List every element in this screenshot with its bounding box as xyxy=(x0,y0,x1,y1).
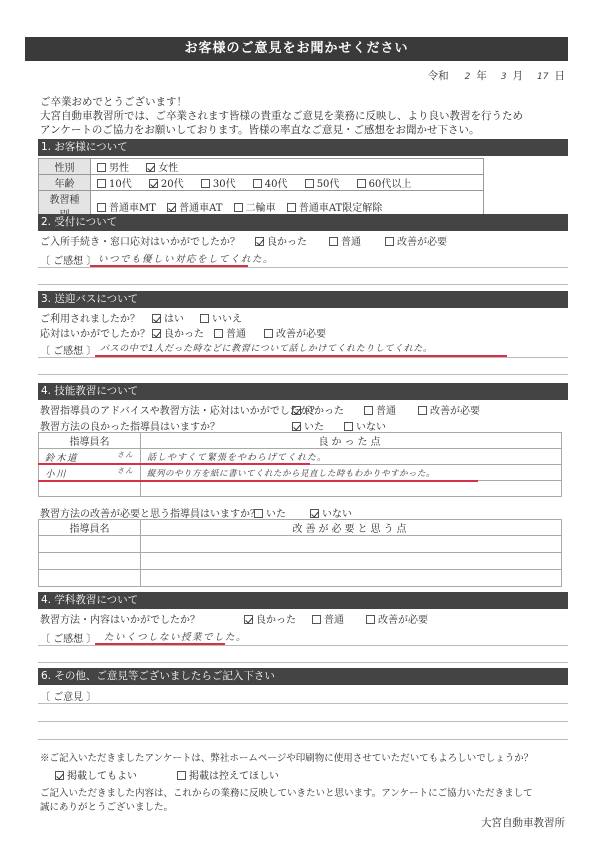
checkbox-icon[interactable] xyxy=(200,314,209,323)
checkbox-icon[interactable] xyxy=(418,406,427,415)
checkbox-icon[interactable] xyxy=(214,329,223,338)
bus-comment[interactable]: バスの中で1人だった時などに教習について話しかけてくれたりしてくれた。 xyxy=(100,341,433,354)
instructor-name-header: 指導員名 xyxy=(39,433,141,449)
section-2-header: 2. 受付について xyxy=(38,214,568,231)
comment-line xyxy=(38,267,568,268)
reception-question: ご入所手続き・窓口応対はいかがでしたか？ xyxy=(40,233,255,248)
section-6-header: 6. その他、ご意見等ございましたらご記入下さい xyxy=(38,668,568,685)
option-yes[interactable]: はい xyxy=(152,310,184,325)
table-row xyxy=(39,536,562,553)
improve-point-cell[interactable] xyxy=(141,570,562,587)
checkbox-icon[interactable] xyxy=(287,203,296,212)
checkbox-icon[interactable] xyxy=(201,179,210,188)
table-row: 小川さん 縦列のやり方を紙に書いてくれたから見直した時もわかりやすかった。 xyxy=(39,465,562,481)
improve-point-cell[interactable] xyxy=(141,536,562,553)
good-point-header: 良かった点 xyxy=(141,433,562,449)
gender-options: 男性 女性 xyxy=(91,159,484,175)
page-title: お客様のご意見をお聞かせください xyxy=(25,37,568,61)
intro-line-3: アンケートのご協力をお願いしております。皆様の率直なご意見・ご感想をお聞かせ下さ… xyxy=(40,123,523,137)
checkbox-icon[interactable] xyxy=(254,509,263,518)
age-label: 年齢 xyxy=(39,175,91,191)
option-needs-improvement[interactable]: 改善が必要 xyxy=(385,233,447,248)
option-good[interactable]: 良かった xyxy=(292,402,344,417)
instructor-name-cell[interactable] xyxy=(39,553,141,570)
option-normal[interactable]: 普通 xyxy=(312,611,344,626)
improve-instructor-question: 教習方法の改善が必要と思う指導員はいますか？ xyxy=(40,505,254,520)
year-value[interactable]: 2 xyxy=(465,72,471,82)
option-female[interactable]: 女性 xyxy=(146,163,178,174)
option-40s[interactable]: 40代 xyxy=(253,179,288,190)
age-options: 10代 20代 30代 40代 50代 60代以上 xyxy=(91,175,484,191)
option-yes[interactable]: いた xyxy=(292,418,324,433)
section-5-header: 4. 学科教習について xyxy=(38,592,568,609)
good-instructor-question: 教習方法の良かった指導員はいますか？ xyxy=(40,418,292,433)
improve-point-header: 改善が必要と思う点 xyxy=(141,520,562,536)
reception-comment[interactable]: いつでも優しい対応をしてくれた。 xyxy=(98,251,274,265)
option-allow-publication[interactable]: 掲載してもよい xyxy=(55,767,137,782)
closing-message: ご記入いただきました内容は、これからの業務に反映していきたいと思います。アンケー… xyxy=(40,787,533,815)
improve-instructor-table: 指導員名 改善が必要と思う点 xyxy=(38,519,562,587)
checkbox-checked-icon[interactable] xyxy=(244,615,253,624)
checkbox-icon[interactable] xyxy=(97,179,106,188)
comment-line[interactable] xyxy=(38,703,568,704)
checkbox-icon[interactable] xyxy=(364,406,373,415)
comment-line xyxy=(38,374,568,375)
checkbox-checked-icon[interactable] xyxy=(152,329,161,338)
table-row xyxy=(39,481,562,497)
comment-line xyxy=(38,645,568,646)
highlight-underline xyxy=(38,463,310,465)
option-motorcycle[interactable]: 二輪車 xyxy=(234,203,276,214)
option-normal[interactable]: 普通 xyxy=(329,233,361,248)
good-instructor-row: 教習方法の良かった指導員はいますか？ いた いない xyxy=(40,418,400,433)
consent-options-row: 掲載してもよい 掲載は控えてほしい xyxy=(55,767,293,782)
table-header-row: 指導員名 良かった点 xyxy=(39,433,562,449)
checkbox-icon[interactable] xyxy=(329,237,338,246)
option-decline-publication[interactable]: 掲載は控えてほしい xyxy=(177,767,279,782)
option-good[interactable]: 良かった xyxy=(152,325,204,340)
instructor-name-cell[interactable] xyxy=(39,536,141,553)
checkbox-icon[interactable] xyxy=(366,615,375,624)
instructor-name-cell[interactable]: 小川さん xyxy=(39,465,141,481)
skill-instruction-row: 教習指導員のアドバイスや教習方法・応対はいかがでしたか？ 良かった 普通 改善が… xyxy=(40,402,494,417)
classroom-question-row: 教習方法・内容はいかがでしたか？ 良かった 普通 改善が必要 xyxy=(40,611,442,626)
instructor-name-header: 指導員名 xyxy=(39,520,141,536)
option-needs-improvement[interactable]: 改善が必要 xyxy=(264,325,326,340)
checkbox-icon[interactable] xyxy=(357,179,366,188)
table-row xyxy=(39,553,562,570)
good-point-cell[interactable] xyxy=(141,481,562,497)
checkbox-icon[interactable] xyxy=(97,203,106,212)
checkbox-icon[interactable] xyxy=(234,203,243,212)
reception-question-row: ご入所手続き・窓口応対はいかがでしたか？ 良かった 普通 改善が必要 xyxy=(40,233,461,248)
checkbox-checked-icon[interactable] xyxy=(146,163,155,172)
option-no[interactable]: いない xyxy=(310,505,352,520)
era-label: 令和 xyxy=(428,68,449,83)
option-10s[interactable]: 10代 xyxy=(97,179,132,190)
instructor-name-cell[interactable] xyxy=(39,481,141,497)
other-comment-label: 〔 ご意見 〕 xyxy=(40,688,96,703)
year-unit: 年 xyxy=(476,68,487,83)
checkbox-icon[interactable] xyxy=(177,771,186,780)
option-no[interactable]: いいえ xyxy=(200,310,242,325)
month-unit: 月 xyxy=(513,68,524,83)
option-mt[interactable]: 普通車MT xyxy=(97,203,156,214)
option-normal[interactable]: 普通 xyxy=(214,325,246,340)
reception-comment-label: 〔 ご感想 〕 xyxy=(40,252,96,267)
table-header-row: 指導員名 改善が必要と思う点 xyxy=(39,520,562,536)
day-value[interactable]: 17 xyxy=(537,72,548,82)
option-at-limit-removal[interactable]: 普通車AT限定解除 xyxy=(287,203,382,214)
checkbox-checked-icon[interactable] xyxy=(55,771,64,780)
age-row: 年齢 10代 20代 30代 40代 50代 60代以上 xyxy=(39,175,484,191)
bus-service-question: 応対はいかがでしたか？ xyxy=(40,325,152,340)
checkbox-checked-icon[interactable] xyxy=(152,314,161,323)
improve-point-cell[interactable] xyxy=(141,553,562,570)
classroom-question: 教習方法・内容はいかがでしたか？ xyxy=(40,611,244,626)
option-good[interactable]: 良かった xyxy=(255,233,307,248)
bus-service-row: 応対はいかがでしたか？ 良かった 普通 改善が必要 xyxy=(40,325,340,340)
option-needs-improvement[interactable]: 改善が必要 xyxy=(366,611,428,626)
option-20s[interactable]: 20代 xyxy=(149,179,184,190)
checkbox-checked-icon[interactable] xyxy=(149,179,158,188)
option-yes[interactable]: いた xyxy=(254,505,286,520)
bus-usage-question: ご利用されましたか？ xyxy=(40,310,152,325)
closing-line-2: 誠にありがとうございました。 xyxy=(40,801,533,815)
section-1-header: 1. お客様について xyxy=(38,139,568,156)
instructor-name-cell[interactable] xyxy=(39,570,141,587)
checkbox-icon[interactable] xyxy=(264,329,273,338)
option-male[interactable]: 男性 xyxy=(97,163,129,174)
checkbox-icon[interactable] xyxy=(253,179,262,188)
comment-line xyxy=(38,284,568,285)
checkbox-icon[interactable] xyxy=(344,422,353,431)
classroom-comment[interactable]: たいくつしない授業でした。 xyxy=(104,629,247,643)
option-60s-plus[interactable]: 60代以上 xyxy=(357,179,412,190)
signature: 大宮自動車教習所 xyxy=(481,815,565,830)
checkbox-icon[interactable] xyxy=(97,163,106,172)
comment-line xyxy=(38,357,568,358)
checkbox-checked-icon[interactable] xyxy=(255,237,264,246)
gender-label: 性別 xyxy=(39,159,91,175)
table-row xyxy=(39,570,562,587)
consent-question: ※ご記入いただきましたアンケートは、弊社ホームページや印刷物に使用させていただい… xyxy=(40,752,533,766)
bus-comment-label: 〔 ご感想 〕 xyxy=(40,342,96,357)
comment-line[interactable] xyxy=(38,721,568,722)
comment-line xyxy=(38,662,568,663)
day-unit: 日 xyxy=(555,68,566,83)
checkbox-icon[interactable] xyxy=(385,237,394,246)
option-needs-improvement[interactable]: 改善が必要 xyxy=(418,402,480,417)
checkbox-icon[interactable] xyxy=(305,179,314,188)
improve-instructor-row: 教習方法の改善が必要と思う指導員はいますか？ いた いない xyxy=(40,505,366,520)
classroom-comment-label: 〔 ご感想 〕 xyxy=(40,630,96,645)
customer-info-table: 性別 男性 女性 年齢 10代 20代 30代 40代 50代 60代以上 教習… xyxy=(38,158,484,222)
intro-line-1: ご卒業おめでとうございます！ xyxy=(40,95,523,109)
bus-usage-row: ご利用されましたか？ はい いいえ xyxy=(40,310,256,325)
option-at[interactable]: 普通車AT xyxy=(167,203,222,214)
checkbox-checked-icon[interactable] xyxy=(292,406,301,415)
highlight-underline xyxy=(38,480,478,482)
option-good[interactable]: 良かった xyxy=(244,611,296,626)
comment-line[interactable] xyxy=(38,739,568,740)
intro-line-2: 大宮自動車教習所では、ご卒業されます皆様の貴重なご意見を業務に反映し、より良い教… xyxy=(40,109,523,123)
checkbox-checked-icon[interactable] xyxy=(310,509,319,518)
checkbox-icon[interactable] xyxy=(312,615,321,624)
intro-text: ご卒業おめでとうございます！ 大宮自動車教習所では、ご卒業されます皆様の貴重なご… xyxy=(40,95,523,137)
gender-row: 性別 男性 女性 xyxy=(39,159,484,175)
checkbox-checked-icon[interactable] xyxy=(167,203,176,212)
checkbox-checked-icon[interactable] xyxy=(292,422,301,431)
closing-line-1: ご記入いただきました内容は、これからの業務に反映していきたいと思います。アンケー… xyxy=(40,787,533,801)
section-3-header: 3. 送迎バスについて xyxy=(38,291,568,308)
skill-instruction-question: 教習指導員のアドバイスや教習方法・応対はいかがでしたか？ xyxy=(40,402,292,417)
option-no[interactable]: いない xyxy=(344,418,386,433)
date-row: 令和 2 年 3 月 17 日 xyxy=(428,68,565,83)
month-value[interactable]: 3 xyxy=(501,72,507,82)
option-30s[interactable]: 30代 xyxy=(201,179,236,190)
section-4-header: 4. 技能教習について xyxy=(38,383,568,400)
good-point-cell[interactable]: 縦列のやり方を紙に書いてくれたから見直した時もわかりやすかった。 xyxy=(141,465,562,481)
option-50s[interactable]: 50代 xyxy=(305,179,340,190)
option-normal[interactable]: 普通 xyxy=(364,402,396,417)
